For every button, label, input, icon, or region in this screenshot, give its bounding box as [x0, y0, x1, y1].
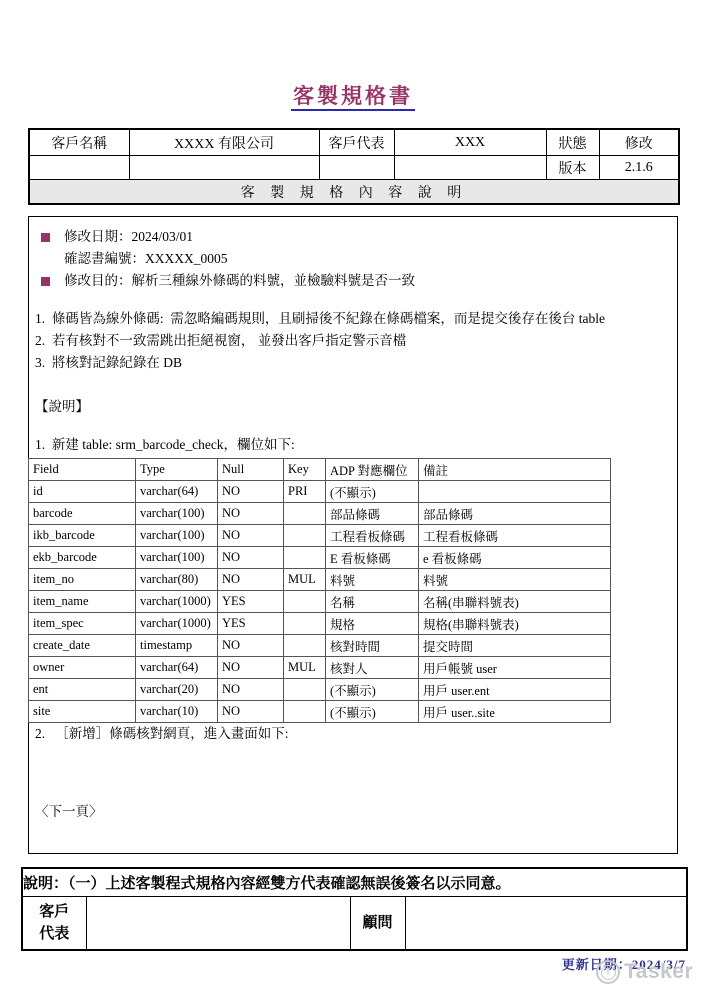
modify-date-line: 修改日期：2024/03/01: [35, 226, 671, 248]
table-row: ikb_barcodevarchar(100)NO工程看板條碼工程看板條碼: [29, 525, 611, 547]
customer-signature-cell: [86, 897, 350, 951]
table-cell: [419, 481, 611, 503]
empty-cell: [319, 156, 394, 180]
table-cell: varchar(64): [136, 481, 218, 503]
table-cell: ekb_barcode: [29, 547, 136, 569]
table-cell: NO: [218, 679, 284, 701]
table-cell: 部品條碼: [326, 503, 419, 525]
section-band-row: 客 製 規 格 內 容 說 明: [29, 180, 679, 205]
table-cell: varchar(100): [136, 503, 218, 525]
version-label: 版本: [546, 156, 599, 180]
page-title-text: 客製規格書: [291, 84, 415, 111]
table-row: item_specvarchar(1000)YES規格規格(串聯料號表): [29, 613, 611, 635]
numbered-item-2: 2. 若有核對不一致需跳出拒絕視窗， 並發出客戶指定警示音檔: [35, 330, 671, 352]
table-cell: varchar(1000): [136, 591, 218, 613]
field-definition-table: FieldTypeNullKeyADP 對應欄位備註idvarchar(64)N…: [28, 458, 611, 723]
table-cell: owner: [29, 657, 136, 679]
table-cell: item_no: [29, 569, 136, 591]
table-cell: [284, 547, 326, 569]
table-cell: 用戶 user..site: [419, 701, 611, 723]
table-cell: E 看板條碼: [326, 547, 419, 569]
bullet-square-icon: [41, 277, 50, 286]
info-row-1: 客戶名稱 XXXX 有限公司 客戶代表 XXX 狀態 修改: [29, 129, 679, 156]
table-cell: (不顯示): [326, 679, 419, 701]
signature-note: 說明：（一）上述客製程式規格內容經雙方代表確認無誤後簽名以示同意。: [22, 868, 687, 897]
table-cell: varchar(1000): [136, 613, 218, 635]
table-cell: site: [29, 701, 136, 723]
table-cell: NO: [218, 701, 284, 723]
table-cell: [284, 701, 326, 723]
table-cell: NO: [218, 525, 284, 547]
table-cell: [284, 679, 326, 701]
table-header-cell: Field: [29, 459, 136, 481]
next-page-line: 〈下一頁〉: [35, 801, 671, 823]
empty-cell: [129, 156, 319, 180]
table-cell: 工程看板條碼: [326, 525, 419, 547]
table-cell: 用戶帳號 user: [419, 657, 611, 679]
table-row: ownervarchar(64)NOMUL核對人用戶帳號 user: [29, 657, 611, 679]
table-row: ekb_barcodevarchar(100)NOE 看板條碼e 看板條碼: [29, 547, 611, 569]
tasker-logo-icon: T: [596, 960, 620, 984]
tasker-logo-text: Tasker: [624, 960, 693, 984]
customer-name-value: XXXX 有限公司: [129, 129, 319, 156]
table-cell: 部品條碼: [419, 503, 611, 525]
table-row: item_novarchar(80)NOMUL料號料號: [29, 569, 611, 591]
table-cell: [284, 613, 326, 635]
table-cell: (不顯示): [326, 481, 419, 503]
empty-cell: [394, 156, 546, 180]
table-row: item_namevarchar(1000)YES名稱名稱(串聯料號表): [29, 591, 611, 613]
table-intro-line: 1. 新建 table: srm_barcode_check，欄位如下:: [35, 434, 671, 456]
table-row: idvarchar(64)NOPRI(不顯示): [29, 481, 611, 503]
table-cell: NO: [218, 547, 284, 569]
version-value: 2.1.6: [599, 156, 679, 180]
signature-table: 說明：（一）上述客製程式規格內容經雙方代表確認無誤後簽名以示同意。 客戶 代表 …: [21, 867, 688, 951]
confirm-number-line: 確認書編號：XXXXX_0005: [35, 248, 671, 270]
customer-rep-value: XXX: [394, 129, 546, 156]
table-cell: NO: [218, 635, 284, 657]
table-header-cell: Type: [136, 459, 218, 481]
table-cell: item_spec: [29, 613, 136, 635]
consultant-signature-cell: [405, 897, 687, 951]
update-date: 更新日期：2024/3/7: [0, 954, 686, 973]
section-label: 【說明】: [35, 396, 671, 418]
customer-info-table: 客戶名稱 XXXX 有限公司 客戶代表 XXX 狀態 修改 版本 2.1.6 客…: [28, 128, 680, 205]
consultant-sign-label: 顧問: [350, 897, 405, 951]
table-cell: [284, 635, 326, 657]
table-cell: 提交時間: [419, 635, 611, 657]
table-cell: [284, 525, 326, 547]
numbered-item-1: 1. 條碼皆為線外條碼: 需忽略編碼規則，且刷掃後不紀錄在條碼檔案，而是提交後存…: [35, 308, 671, 330]
table-cell: 用戶 user.ent: [419, 679, 611, 701]
table-cell: NO: [218, 569, 284, 591]
table-cell: create_date: [29, 635, 136, 657]
table-cell: barcode: [29, 503, 136, 525]
table-cell: YES: [218, 613, 284, 635]
table-cell: MUL: [284, 569, 326, 591]
spec-content-box: 修改日期：2024/03/01 確認書編號：XXXXX_0005 修改目的：解析…: [28, 216, 678, 854]
table-header-cell: 備註: [419, 459, 611, 481]
numbered-item-3: 3. 將核對記錄紀錄在 DB: [35, 352, 671, 374]
bullet-square-icon: [41, 233, 50, 242]
status-value: 修改: [599, 129, 679, 156]
table-cell: PRI: [284, 481, 326, 503]
signature-row: 客戶 代表 顧問: [22, 897, 687, 951]
table-cell: 名稱(串聯料號表): [419, 591, 611, 613]
after-table-line: 2. ［新增］條碼核對網頁，進入畫面如下:: [35, 723, 671, 745]
table-header-row: FieldTypeNullKeyADP 對應欄位備註: [29, 459, 611, 481]
table-cell: varchar(10): [136, 701, 218, 723]
table-row: entvarchar(20)NO(不顯示)用戶 user.ent: [29, 679, 611, 701]
table-header-cell: Null: [218, 459, 284, 481]
table-cell: 名稱: [326, 591, 419, 613]
modify-date-text: 修改日期：2024/03/01: [64, 226, 193, 248]
table-header-cell: ADP 對應欄位: [326, 459, 419, 481]
table-cell: 規格(串聯料號表): [419, 613, 611, 635]
page-title: 客製規格書: [0, 80, 706, 110]
table-cell: NO: [218, 481, 284, 503]
info-row-2: 版本 2.1.6: [29, 156, 679, 180]
table-row: barcodevarchar(100)NO部品條碼部品條碼: [29, 503, 611, 525]
signature-note-row: 說明：（一）上述客製程式規格內容經雙方代表確認無誤後簽名以示同意。: [22, 868, 687, 897]
table-cell: varchar(100): [136, 547, 218, 569]
table-cell: id: [29, 481, 136, 503]
table-cell: 料號: [419, 569, 611, 591]
table-cell: [284, 503, 326, 525]
modify-purpose-line: 修改目的：解析三種線外條碼的料號，並檢驗料號是否一致: [35, 270, 671, 292]
table-cell: YES: [218, 591, 284, 613]
table-cell: NO: [218, 503, 284, 525]
status-label: 狀態: [546, 129, 599, 156]
table-cell: [284, 591, 326, 613]
spec-content-band: 客 製 規 格 內 容 說 明: [29, 180, 679, 205]
table-cell: 工程看板條碼: [419, 525, 611, 547]
customer-rep-sign-label: 客戶 代表: [22, 897, 86, 951]
table-cell: e 看板條碼: [419, 547, 611, 569]
modify-purpose-text: 修改目的：解析三種線外條碼的料號，並檢驗料號是否一致: [64, 270, 415, 292]
table-header-cell: Key: [284, 459, 326, 481]
table-row: sitevarchar(10)NO(不顯示)用戶 user..site: [29, 701, 611, 723]
table-cell: 料號: [326, 569, 419, 591]
table-cell: item_name: [29, 591, 136, 613]
table-cell: NO: [218, 657, 284, 679]
table-cell: timestamp: [136, 635, 218, 657]
table-cell: 核對時間: [326, 635, 419, 657]
table-cell: varchar(64): [136, 657, 218, 679]
empty-cell: [29, 156, 129, 180]
table-cell: 核對人: [326, 657, 419, 679]
customer-name-label: 客戶名稱: [29, 129, 129, 156]
customer-rep-label: 客戶代表: [319, 129, 394, 156]
table-cell: varchar(20): [136, 679, 218, 701]
table-cell: 規格: [326, 613, 419, 635]
table-cell: ent: [29, 679, 136, 701]
table-cell: (不顯示): [326, 701, 419, 723]
table-cell: ikb_barcode: [29, 525, 136, 547]
tasker-logo-initial: T: [601, 965, 616, 980]
table-cell: varchar(80): [136, 569, 218, 591]
table-cell: MUL: [284, 657, 326, 679]
table-cell: varchar(100): [136, 525, 218, 547]
tasker-logo: T Tasker: [596, 960, 693, 984]
table-row: create_datetimestampNO核對時間提交時間: [29, 635, 611, 657]
